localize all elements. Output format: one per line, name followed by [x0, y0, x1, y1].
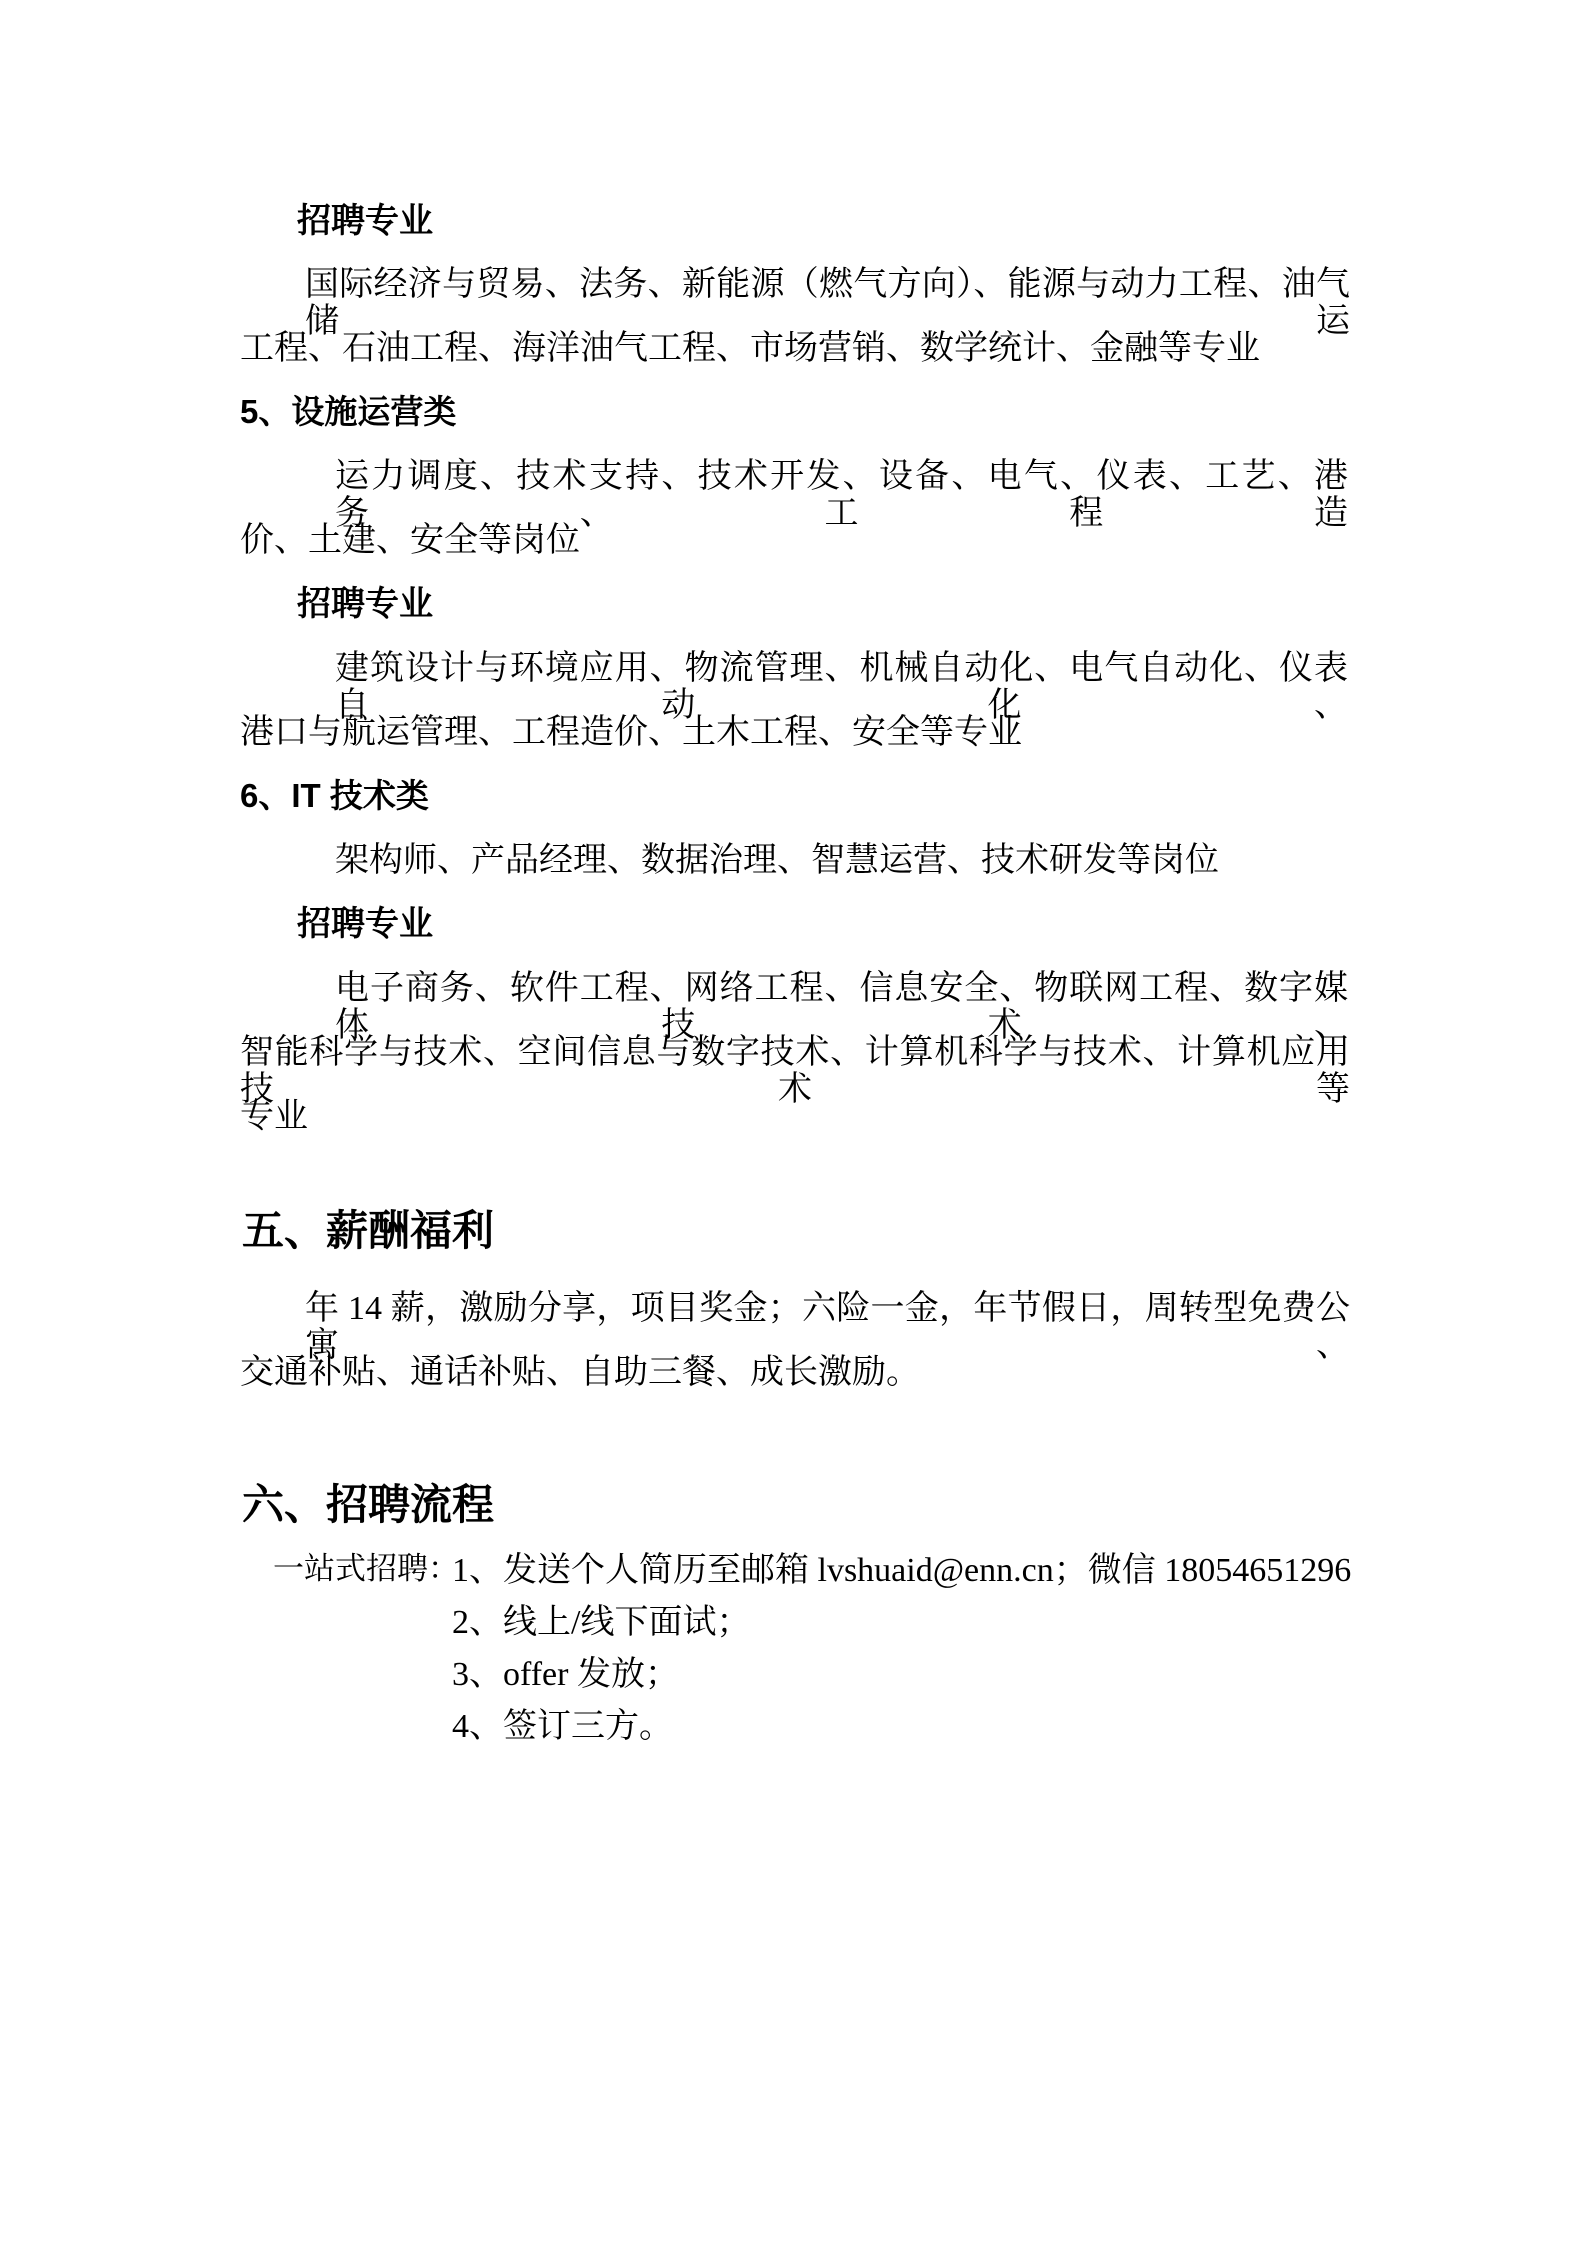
majors-paragraph-line: 专业 [240, 1098, 308, 1135]
majors-label: 招聘专业 [297, 586, 433, 623]
document-page: 招聘专业 国际经济与贸易、法务、新能源（燃气方向）、能源与动力工程、油气储运 工… [0, 0, 1587, 2245]
category-heading-it-technology: 6、IT 技术类 [240, 778, 429, 814]
majors-label: 招聘专业 [297, 203, 433, 240]
process-step: 4、签订三方。 [452, 1708, 673, 1745]
salary-paragraph-line: 交通补贴、通话补贴、自助三餐、成长激励。 [240, 1354, 920, 1391]
one-stop-recruitment-label: 一站式招聘： [273, 1552, 459, 1586]
majors-paragraph-line: 港口与航运管理、工程造价、土木工程、安全等专业 [240, 714, 1022, 751]
process-step: 3、offer 发放； [452, 1656, 679, 1693]
majors-paragraph-line: 工程、石油工程、海洋油气工程、市场营销、数学统计、金融等专业 [240, 330, 1260, 367]
majors-label: 招聘专业 [297, 906, 433, 943]
positions-paragraph-line: 架构师、产品经理、数据治理、智慧运营、技术研发等岗位 [335, 842, 1219, 879]
process-step: 1、发送个人简历至邮箱 lvshuaid@enn.cn；微信 180546512… [452, 1552, 1351, 1589]
process-step: 2、线上/线下面试； [452, 1604, 750, 1641]
category-heading-facility-operations: 5、设施运营类 [240, 394, 456, 430]
section-heading-salary-benefits: 五、薪酬福利 [242, 1208, 494, 1254]
section-heading-recruitment-process: 六、招聘流程 [242, 1482, 494, 1528]
positions-paragraph-line: 价、土建、安全等岗位 [240, 522, 580, 559]
majors-paragraph-line: 智能科学与技术、空间信息与数字技术、计算机科学与技术、计算机应用技术等 [240, 1034, 1350, 1109]
